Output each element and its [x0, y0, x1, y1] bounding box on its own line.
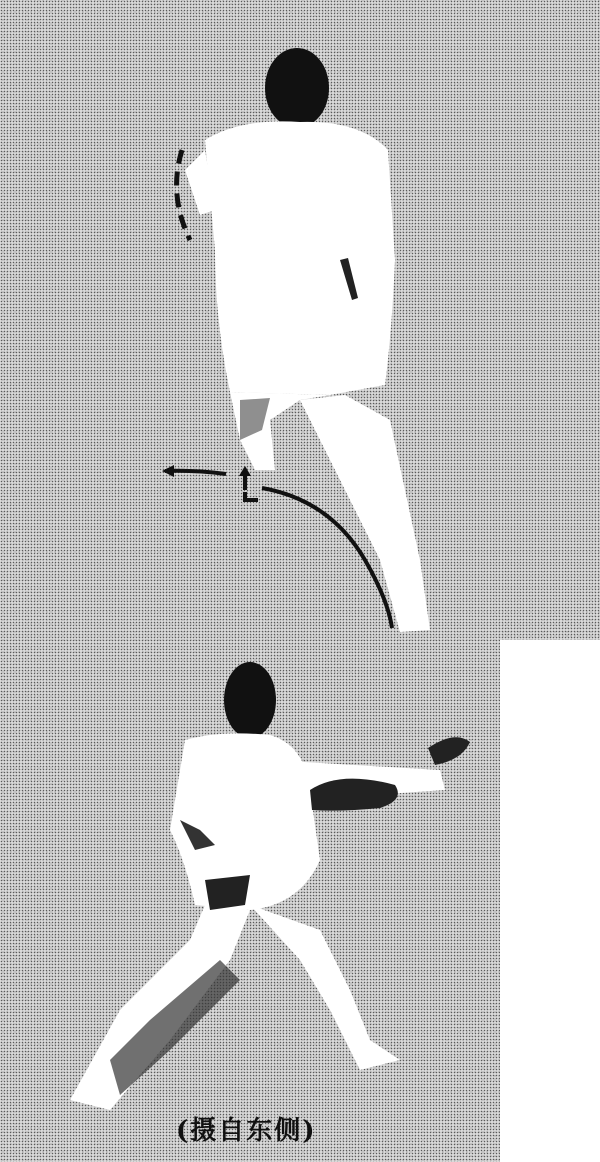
hand-arc-arrow: [177, 150, 190, 240]
upper-figure: [185, 48, 430, 632]
illustration: [0, 0, 600, 1162]
photo-caption: (摄自东侧): [176, 1110, 317, 1147]
lower-figure: [70, 662, 470, 1110]
